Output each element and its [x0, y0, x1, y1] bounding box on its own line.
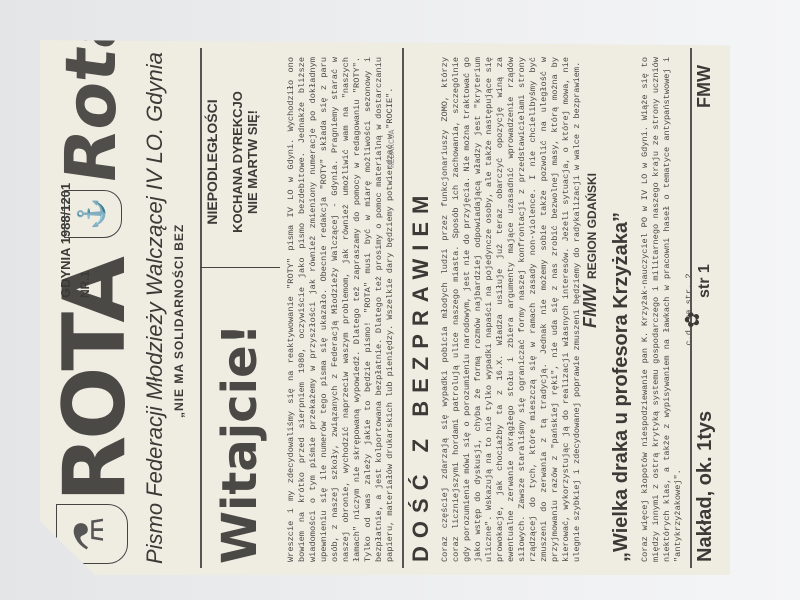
fmw-region: REGION GDAŃSKI — [585, 173, 599, 279]
article-bezprawie-body: Coraz częściej zdarzają się wypadki pobi… — [440, 57, 583, 562]
page-number: str 1 — [696, 264, 714, 298]
issue-number: NR.1 — [78, 270, 92, 297]
fmw-label: FMW — [580, 285, 600, 328]
masthead-title-script: Rota — [50, 0, 132, 188]
callout-niepodleglosci: NIEPODLEGŁOŚCI — [204, 57, 220, 267]
shield-emblem-icon: ⚓ — [64, 190, 122, 238]
eagle-icon: ⚗ — [56, 504, 128, 564]
callout-line-2: NIE MARTW SIĘ! — [245, 57, 260, 267]
section-divider — [402, 48, 404, 568]
circulation-note: Nakład, ok. 1tys — [694, 410, 717, 561]
article-krzyzak-text: Coraz więcej kłopotów niespodziewanie pa… — [640, 57, 683, 562]
footer-signature: FMW — [694, 65, 715, 108]
fmw-badge: FMWREGION GDAŃSKI — [580, 173, 601, 328]
callout-line-1: KOCHANA DYREKCJO — [230, 57, 245, 267]
article-signature: REDAKCJA — [388, 129, 397, 167]
article-krzyzak-body: Coraz więcej kłopotów niespodziewanie pa… — [640, 57, 695, 562]
flower-ornament-icon: ✿ — [680, 311, 705, 328]
page-footer: Nakład, ok. 1tys ✿ str 1 FMW — [690, 48, 722, 568]
heading-witajcie: Witajcie! — [212, 323, 268, 564]
article-witajcie-body: Wreszcie i my zdecydowaliśmy się na reak… — [286, 57, 396, 562]
newspaper-page-rotated: ⚗ ROTA GDYNIA 1988/1201 NR.1 ⚓ Rota Pism… — [50, 48, 720, 568]
heading-dosc-z-bezprawiem: DOŚĆ Z BEZPRAWIEM — [408, 187, 434, 561]
masthead: ⚗ ROTA GDYNIA 1988/1201 NR.1 ⚓ Rota Pism… — [50, 48, 202, 568]
boxed-callout: NIEPODLEGŁOŚCI KOCHANA DYREKCJO NIE MART… — [200, 57, 280, 268]
masthead-subtitle: Pismo Federacji Młodzieży Walczącej IV L… — [142, 52, 168, 564]
masthead-slogan: „NIE MA SOLIDARNOŚCI BEZ — [172, 223, 186, 417]
heading-wielka-draka: „Wielka draka u profesora Krzyżaka” — [610, 212, 633, 562]
newspaper-sheet: ⚗ ROTA GDYNIA 1988/1201 NR.1 ⚓ Rota Pism… — [40, 40, 730, 575]
